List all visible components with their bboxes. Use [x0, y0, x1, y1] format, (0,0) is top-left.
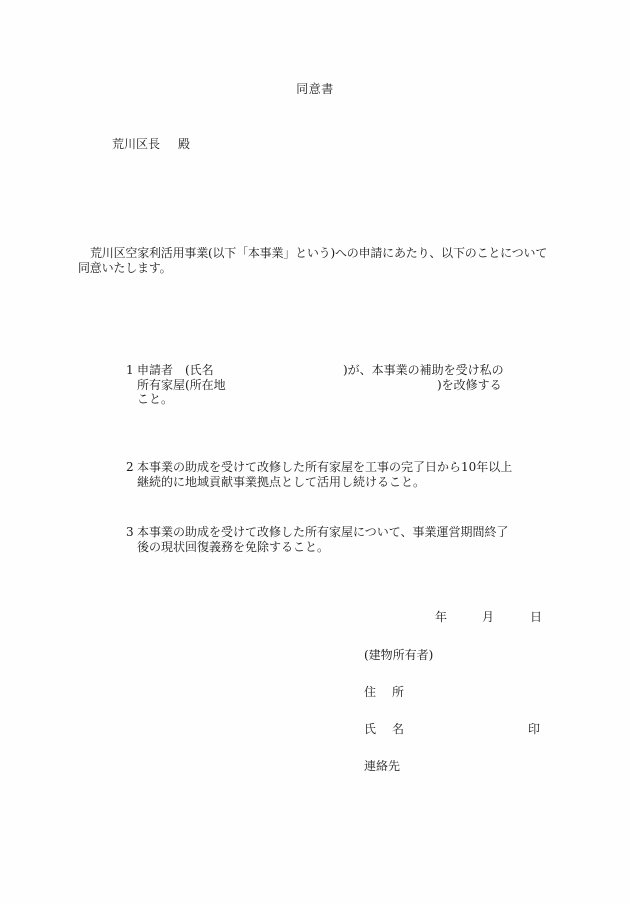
- item-text: こと。: [137, 392, 173, 406]
- item-text: 本事業の助成を受けて改修した所有家屋について、事業運営期間終了: [137, 525, 506, 540]
- item-text: 申請者 (氏名: [137, 363, 214, 377]
- item-number: 3: [126, 525, 134, 540]
- consent-item-3: 3 本事業の助成を受けて改修した所有家屋について、事業運営期間終了 後の現状回復…: [126, 525, 506, 554]
- addressee: 荒川区長殿: [112, 137, 190, 151]
- consent-item-2: 2 本事業の助成を受けて改修した所有家屋を工事の完了日から10年以上 継続的に地…: [126, 460, 506, 489]
- contact-label: 連絡先: [364, 759, 400, 773]
- consent-item-1: 1 申請者 (氏名 )が、本事業の補助を受け私の 所有家屋(所在地 )を改修する…: [126, 363, 506, 407]
- item-text: )を改修する: [437, 378, 502, 393]
- addressee-honorific: 殿: [178, 137, 190, 151]
- name-label: 氏名: [364, 722, 404, 736]
- date-day-label: 日: [530, 610, 542, 624]
- item-number: 1: [126, 363, 134, 378]
- address-label-char: 住: [364, 685, 376, 699]
- name-label-char: 名: [392, 722, 404, 736]
- item-text: 本事業の助成を受けて改修した所有家屋を工事の完了日から10年以上: [137, 460, 506, 475]
- seal-mark: 印: [528, 722, 540, 736]
- item-text: 後の現状回復義務を免除すること。: [137, 540, 506, 555]
- intro-paragraph: 荒川区空家利活用事業(以下「本事業」という)への申請にあたり、以下のことについて…: [78, 246, 548, 276]
- item-text: 継続的に地域貢献事業拠点として活用し続けること。: [137, 475, 506, 490]
- date-month-label: 月: [482, 610, 494, 624]
- document-title: 同意書: [0, 82, 630, 96]
- item-number: 2: [126, 460, 134, 475]
- item-text: )が、本事業の補助を受け私の: [343, 363, 504, 378]
- name-label-char: 氏: [364, 722, 376, 736]
- date-year-label: 年: [435, 610, 447, 624]
- item-text: 所有家屋(所在地: [137, 378, 226, 392]
- address-label-char: 所: [392, 685, 404, 699]
- address-label: 住所: [364, 685, 404, 699]
- addressee-name: 荒川区長: [112, 137, 160, 151]
- owner-role-label: (建物所有者): [364, 648, 433, 662]
